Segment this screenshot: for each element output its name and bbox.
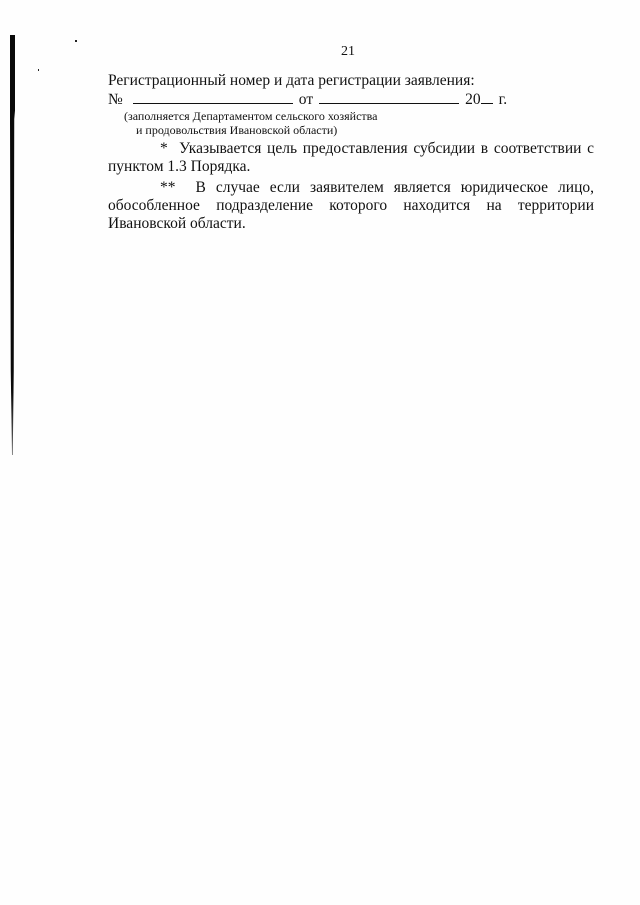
registration-heading: Регистрационный номер и дата регистрации…	[108, 72, 594, 90]
footnote-2: ** В случае если заявителем является юри…	[108, 179, 594, 233]
scan-edge-shadow	[10, 35, 15, 455]
footnote-marker: **	[160, 179, 176, 196]
registration-fields: № от 20 г.	[108, 90, 594, 109]
document-body: Регистрационный номер и дата регистрации…	[108, 72, 594, 233]
footnote-1: * Указывается цель предоставления субсид…	[108, 140, 594, 176]
registration-note-line-1: (заполняется Департаментом сельского хоз…	[108, 110, 594, 124]
year-prefix: 20	[465, 91, 481, 109]
scan-speck	[38, 69, 39, 71]
from-label: от	[299, 91, 313, 109]
number-sign: №	[108, 91, 123, 109]
registration-date-blank	[319, 90, 459, 104]
footnote-marker: *	[160, 140, 168, 157]
registration-number-blank	[133, 90, 293, 104]
footnote-text: В случае если заявителем является юридич…	[108, 179, 594, 232]
page-number: 21	[341, 44, 355, 60]
footnote-text: Указывается цель предоставления субсидии…	[108, 140, 594, 175]
scan-speck	[75, 40, 77, 42]
year-suffix: г.	[499, 91, 507, 109]
year-blank	[481, 90, 493, 104]
registration-note-line-2: и продовольствия Ивановской области)	[108, 124, 594, 138]
